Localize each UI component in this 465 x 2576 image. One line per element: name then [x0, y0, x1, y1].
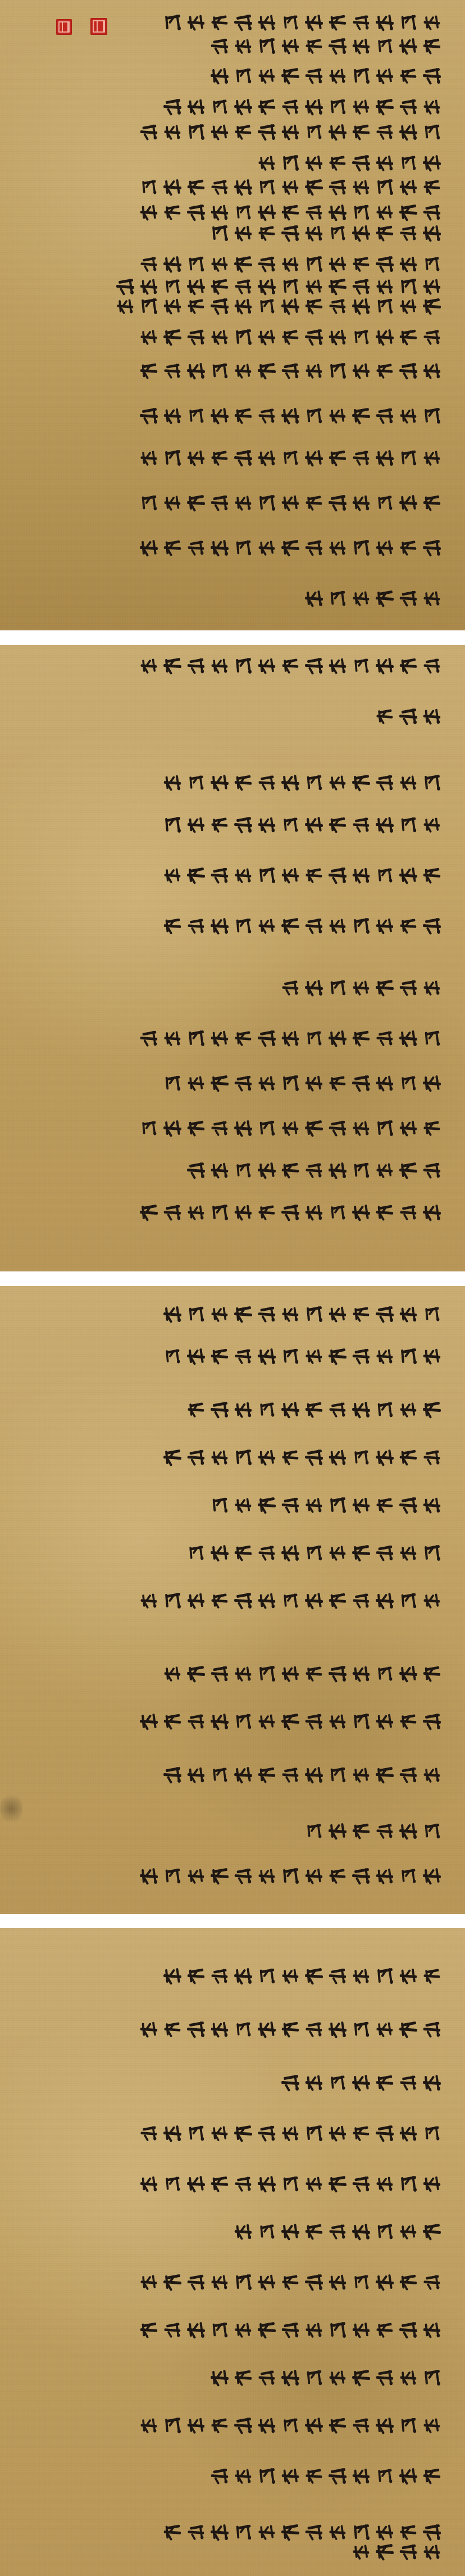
ink-character	[185, 815, 206, 834]
ink-character	[397, 97, 418, 116]
ink-character	[302, 1966, 325, 1986]
ink-character	[161, 916, 183, 935]
ink-character	[350, 98, 371, 116]
ink-character	[421, 589, 441, 607]
ink-character	[209, 2124, 229, 2142]
ink-character	[162, 1347, 182, 1365]
ink-character	[397, 1448, 418, 1467]
ink-character	[255, 122, 277, 142]
calligraphy-column	[138, 535, 441, 561]
ink-character	[373, 12, 395, 33]
ink-character	[185, 917, 206, 935]
ink-character	[138, 493, 159, 512]
calligraphy-column	[209, 1492, 441, 1518]
ink-character	[279, 406, 301, 426]
ink-character	[279, 1866, 301, 1886]
ink-character	[396, 1028, 419, 1048]
ink-character	[256, 224, 276, 242]
ink-character	[185, 448, 206, 467]
ink-character	[231, 2272, 254, 2292]
ink-character	[398, 539, 418, 557]
ink-character	[208, 1161, 230, 1180]
calligraphy-column	[209, 2463, 441, 2489]
ink-character	[209, 2416, 229, 2434]
scroll-panel-3	[0, 1286, 465, 1914]
ink-character	[420, 1711, 443, 1732]
ink-character	[184, 493, 207, 513]
calligraphy-column	[185, 1540, 441, 1566]
calligraphy-column	[350, 2539, 441, 2565]
ink-character	[326, 97, 348, 116]
ink-character	[326, 36, 348, 56]
ink-character	[279, 2466, 300, 2486]
ink-character	[256, 2223, 276, 2241]
ink-character	[302, 1765, 325, 1785]
ink-character	[161, 1866, 183, 1886]
ink-character	[326, 2174, 348, 2194]
ink-character	[303, 2467, 323, 2485]
ink-character	[161, 1118, 183, 1138]
ink-character	[374, 2175, 394, 2193]
ink-character	[421, 2416, 441, 2434]
ink-character	[303, 916, 324, 935]
ink-character	[349, 773, 372, 793]
ink-character	[373, 448, 395, 468]
ink-character	[209, 98, 229, 116]
ink-character	[398, 224, 418, 242]
ink-character	[326, 2466, 348, 2486]
ink-character	[374, 1347, 394, 1365]
ink-character	[398, 774, 418, 792]
ink-character	[373, 1304, 395, 1324]
ink-character	[161, 2272, 183, 2292]
ink-character	[185, 328, 206, 347]
calligraphy-column	[185, 1397, 441, 1423]
ink-character	[350, 657, 371, 675]
ink-character	[279, 866, 300, 885]
ink-character	[233, 866, 253, 884]
ink-character	[231, 1765, 254, 1785]
ink-character	[349, 1543, 372, 1563]
ink-character	[374, 123, 394, 141]
ink-character	[326, 13, 348, 32]
ink-character	[326, 1119, 348, 1138]
ink-character	[397, 255, 418, 274]
ink-character	[255, 1664, 277, 1684]
ink-character	[137, 1202, 159, 1223]
ink-character	[326, 1448, 348, 1467]
ink-character	[373, 1447, 395, 1468]
ink-character	[255, 1495, 277, 1515]
ink-character	[326, 656, 348, 675]
ink-character	[421, 37, 442, 56]
ink-character	[256, 1867, 276, 1885]
calligraphy-column	[138, 2171, 441, 2197]
ink-character	[256, 67, 276, 85]
ink-character	[303, 494, 323, 512]
ink-character	[397, 1591, 418, 1610]
ink-character	[374, 1822, 394, 1840]
ink-character	[421, 866, 442, 885]
ink-character	[233, 2020, 253, 2038]
ink-character	[421, 1029, 442, 1048]
ink-character	[373, 538, 395, 557]
ink-character	[256, 2273, 277, 2292]
ink-character	[208, 2368, 230, 2388]
ink-character	[231, 1447, 254, 1468]
ink-character	[326, 1765, 348, 1784]
ink-character	[373, 177, 395, 197]
ink-character	[233, 37, 253, 55]
ink-character	[398, 2369, 418, 2387]
ink-character	[421, 2174, 442, 2193]
ink-character	[185, 2273, 206, 2292]
ink-character	[326, 1160, 348, 1180]
ink-character	[280, 657, 300, 675]
ink-character	[327, 539, 347, 557]
ink-character	[302, 12, 325, 33]
ink-character	[233, 2467, 253, 2485]
ink-character	[398, 154, 418, 172]
ink-character	[397, 2124, 418, 2143]
ink-character	[303, 1161, 323, 1179]
ink-character	[280, 816, 300, 834]
ink-character	[161, 1304, 183, 1324]
ink-character	[280, 1592, 300, 1610]
ink-character	[208, 1029, 230, 1048]
calligraphy-column	[209, 2365, 441, 2391]
ink-character	[397, 2542, 418, 2561]
ink-character	[138, 2174, 159, 2193]
ink-character	[162, 494, 182, 512]
ink-character	[327, 2369, 347, 2387]
calligraphy-column	[162, 862, 441, 888]
ink-character	[161, 2523, 183, 2542]
ink-character	[326, 202, 348, 222]
ink-character	[279, 1347, 300, 1366]
ink-character	[302, 177, 325, 197]
ink-character	[350, 1448, 371, 1466]
ink-character	[185, 2523, 206, 2541]
ink-character	[396, 1821, 419, 1841]
ink-character	[421, 1305, 441, 1323]
ink-character	[233, 1665, 253, 1683]
ink-character	[184, 1028, 207, 1048]
ink-character	[279, 2368, 301, 2388]
ink-character	[373, 2368, 395, 2387]
ink-character	[185, 1203, 206, 1221]
ink-character	[326, 178, 348, 197]
ink-character	[302, 1118, 325, 1138]
ink-character	[349, 1400, 372, 1420]
ink-character	[161, 815, 183, 835]
ink-character	[374, 37, 394, 55]
ink-character	[231, 177, 254, 197]
ink-character	[232, 1203, 253, 1222]
calligraphy-column	[209, 63, 441, 89]
ink-character	[397, 2416, 418, 2435]
ink-character	[232, 2368, 253, 2387]
ink-character	[208, 493, 230, 512]
ink-character	[374, 362, 394, 380]
ink-character	[185, 1119, 206, 1138]
ink-character	[303, 866, 323, 884]
ink-character	[280, 1766, 300, 1784]
red-seal-stamp	[56, 19, 72, 35]
ink-character	[421, 2020, 442, 2039]
calligraphy-column	[256, 150, 441, 176]
ink-character	[279, 223, 301, 243]
ink-character	[373, 2272, 395, 2292]
ink-character	[396, 706, 419, 726]
ink-character	[303, 2321, 323, 2339]
ink-character	[421, 13, 441, 31]
ink-character	[232, 297, 253, 316]
calligraphy-column	[138, 1588, 441, 1614]
ink-character	[326, 122, 348, 142]
ink-character	[327, 1867, 347, 1885]
ink-character	[161, 254, 183, 274]
ink-character	[396, 493, 419, 513]
ink-character	[162, 362, 182, 380]
ink-character	[373, 1543, 395, 1562]
ink-character	[256, 1765, 277, 1784]
ink-character	[349, 2073, 372, 2093]
calligraphy-column	[138, 1025, 441, 1051]
ink-character	[279, 2174, 300, 2193]
calligraphy-column	[303, 585, 441, 611]
ink-character	[374, 707, 394, 725]
calligraphy-column	[138, 1709, 441, 1734]
ink-character	[397, 815, 418, 834]
ink-character	[397, 2273, 418, 2292]
ink-character	[208, 1347, 230, 1366]
ink-character	[185, 1448, 206, 1467]
ink-character	[349, 223, 372, 243]
ink-character	[279, 538, 301, 558]
ink-character	[185, 656, 206, 675]
ink-character	[232, 2523, 253, 2542]
ink-character	[138, 2320, 159, 2339]
ink-character	[350, 2466, 371, 2486]
calligraphy-column	[138, 174, 441, 200]
calligraphy-column	[162, 913, 441, 939]
ink-character	[280, 2416, 300, 2434]
ink-character	[397, 328, 418, 347]
ink-character	[326, 978, 348, 997]
ink-character	[349, 1073, 372, 1093]
ink-character	[397, 978, 418, 997]
ink-character	[255, 493, 277, 513]
ink-character	[349, 2368, 372, 2388]
ink-character	[208, 1202, 230, 1223]
calligraphy-column	[162, 1661, 441, 1687]
calligraphy-column	[209, 220, 441, 246]
ink-character	[255, 2019, 277, 2039]
calligraphy-column	[138, 2413, 441, 2438]
ink-character	[209, 1305, 229, 1323]
ink-character	[421, 2320, 442, 2339]
ink-character	[303, 37, 323, 55]
ink-character	[208, 1543, 230, 1563]
ink-character	[162, 2321, 182, 2339]
ink-character	[303, 1400, 324, 1419]
ink-character	[397, 1305, 418, 1324]
ink-character	[373, 2415, 395, 2436]
ink-character	[302, 2123, 325, 2143]
ink-character	[373, 1203, 395, 1222]
calligraphy-column	[162, 1762, 441, 1788]
ink-character	[208, 1073, 230, 1093]
ink-character	[396, 865, 419, 885]
ink-character	[255, 2466, 277, 2486]
ink-character	[373, 1074, 395, 1093]
ink-character	[279, 2221, 301, 2242]
ink-character	[421, 493, 442, 512]
ink-character	[161, 177, 183, 197]
ink-character	[421, 1664, 442, 1683]
ink-character	[279, 153, 301, 173]
ink-character	[208, 1400, 230, 1420]
ink-character	[327, 1203, 347, 1221]
ink-character	[398, 2223, 418, 2241]
ink-character	[209, 449, 229, 467]
ink-character	[256, 13, 277, 32]
ink-character	[255, 202, 277, 222]
ink-character	[233, 1347, 253, 1365]
ink-character	[209, 13, 229, 31]
ink-character	[279, 1664, 300, 1683]
ink-character	[327, 1074, 347, 1092]
ink-character	[326, 255, 348, 274]
ink-character	[374, 2321, 394, 2339]
ink-character	[137, 296, 159, 316]
ink-character	[397, 1765, 418, 1784]
ink-character	[138, 657, 158, 675]
ink-character	[349, 1866, 372, 1886]
ink-character	[161, 406, 183, 425]
ink-character	[185, 178, 206, 197]
calligraphy-column	[138, 445, 441, 471]
ink-character	[302, 815, 325, 835]
ink-character	[256, 1591, 277, 1610]
ink-character	[256, 2523, 276, 2541]
ink-character	[303, 2523, 324, 2542]
ink-character	[280, 1967, 300, 1985]
ink-character	[349, 1711, 372, 1732]
ink-character	[374, 1496, 394, 1514]
ink-character	[231, 97, 254, 117]
scroll-panel-4	[0, 1928, 465, 2576]
ink-character	[303, 406, 324, 425]
ink-character	[138, 361, 159, 380]
calligraphy-column	[233, 2219, 441, 2245]
ink-character	[350, 255, 371, 273]
ink-character	[279, 2320, 300, 2339]
ink-character	[420, 1400, 443, 1420]
ink-character	[420, 2073, 443, 2093]
ink-character	[162, 203, 182, 221]
ink-character	[184, 1664, 207, 1684]
ink-character	[398, 917, 418, 935]
calligraphy-column	[138, 653, 441, 679]
ink-character	[420, 1543, 443, 1563]
ink-character	[256, 656, 277, 675]
ink-character	[327, 917, 347, 935]
ink-character	[373, 773, 395, 792]
ink-character	[208, 296, 230, 316]
ink-character	[208, 2320, 230, 2339]
ink-character	[231, 12, 254, 33]
ink-character	[421, 2543, 441, 2561]
ink-character	[303, 1822, 323, 1840]
ink-character	[233, 1029, 253, 1047]
ink-character	[303, 2175, 323, 2193]
ink-character	[349, 916, 372, 936]
ink-character	[326, 1305, 348, 1324]
ink-character	[233, 362, 253, 380]
ink-character	[302, 327, 325, 347]
ink-character	[279, 122, 300, 142]
ink-character	[420, 153, 443, 173]
ink-character	[326, 328, 348, 347]
ink-character	[350, 203, 371, 222]
ink-character	[256, 154, 276, 172]
ink-character	[350, 1967, 371, 1985]
ink-character	[255, 1028, 277, 1048]
calligraphy-column	[138, 1863, 441, 1889]
ink-character	[374, 2467, 394, 2485]
ink-character	[373, 656, 395, 676]
ink-character	[184, 1160, 207, 1180]
ink-character	[184, 2174, 207, 2194]
ink-character	[327, 407, 347, 425]
ink-character	[373, 224, 395, 243]
ink-character	[302, 656, 325, 676]
ink-character	[326, 361, 348, 381]
ink-character	[161, 1966, 183, 1986]
ink-character	[279, 1073, 301, 1093]
ink-character	[303, 1203, 324, 1222]
ink-character	[326, 1591, 348, 1610]
ink-character	[161, 1765, 183, 1785]
ink-character	[162, 2020, 182, 2038]
ink-character	[350, 589, 371, 607]
ink-character	[279, 361, 300, 380]
ink-character	[208, 361, 230, 380]
ink-character	[350, 2020, 371, 2039]
ink-character	[161, 327, 183, 347]
ink-character	[421, 1967, 441, 1985]
ink-character	[373, 1400, 395, 1419]
ink-character	[421, 657, 441, 675]
ink-character	[327, 2523, 347, 2541]
calligraphy-column	[162, 1444, 441, 1470]
ink-character	[326, 1966, 348, 1986]
ink-character	[327, 2223, 347, 2241]
ink-character	[398, 1203, 418, 1221]
ink-character	[421, 1766, 441, 1784]
ink-character	[396, 1495, 419, 1515]
ink-character	[350, 1592, 371, 1610]
ink-character	[231, 1966, 254, 1986]
ink-character	[302, 448, 325, 468]
ink-character	[350, 449, 371, 467]
ink-character	[137, 1711, 159, 1732]
ink-character	[421, 2273, 441, 2291]
ink-character	[373, 1966, 395, 1986]
calligraphy-column	[162, 94, 441, 120]
